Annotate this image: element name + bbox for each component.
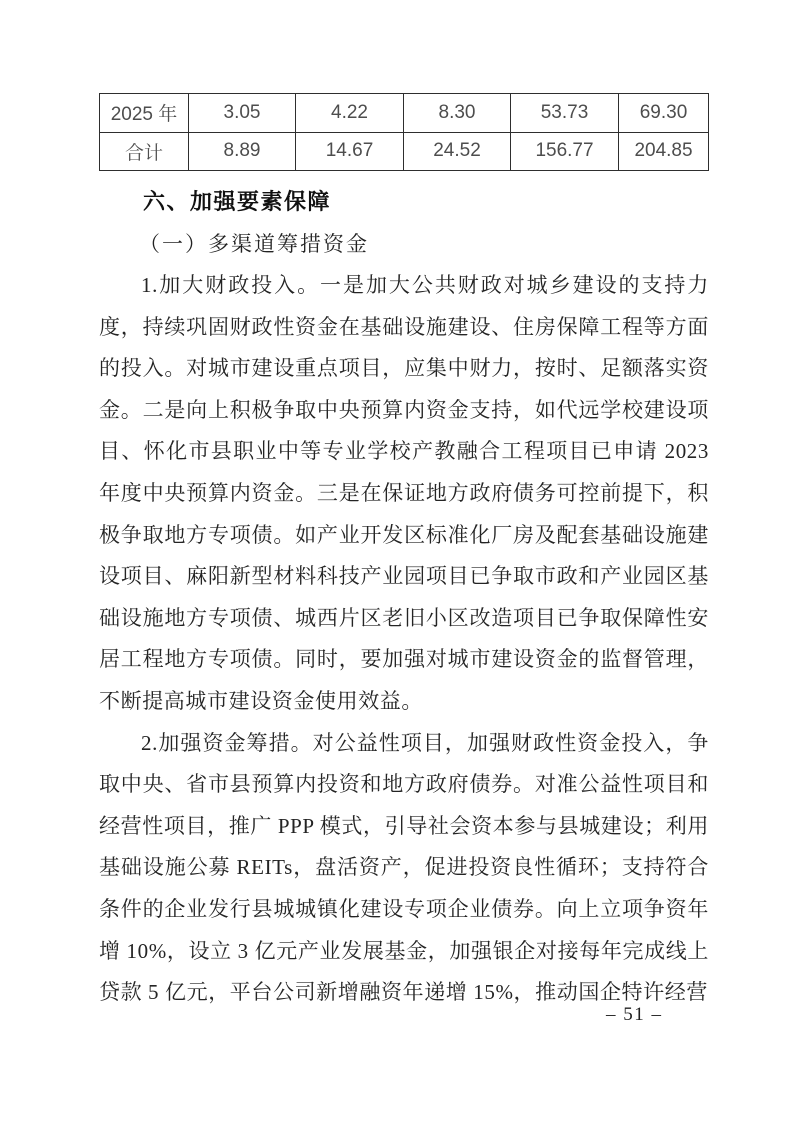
table-cell-value: 4.22 (296, 94, 404, 133)
page-number: – 51 – (606, 1004, 663, 1026)
table-cell-value: 14.67 (296, 132, 404, 171)
subsection-heading: （一）多渠道筹措资金 (99, 223, 709, 265)
table-cell-value: 8.89 (189, 132, 296, 171)
document-page: 2025 年 3.05 4.22 8.30 53.73 69.30 合计 8.8… (0, 0, 793, 1122)
table-cell-year: 2025 年 (100, 94, 189, 133)
funding-summary-table: 2025 年 3.05 4.22 8.30 53.73 69.30 合计 8.8… (99, 93, 709, 171)
table-cell-value: 3.05 (189, 94, 296, 133)
table-row-total: 合计 8.89 14.67 24.52 156.77 204.85 (100, 132, 709, 171)
paragraph-fund-raising: 2.加强资金筹措。对公益性项目，加强财政性资金投入，争取中央、省市县预算内投资和… (99, 723, 709, 1014)
paragraph-fiscal-investment: 1.加大财政投入。一是加大公共财政对城乡建设的支持力度，持续巩固财政性资金在基础… (99, 265, 709, 723)
table-cell-value: 24.52 (404, 132, 511, 171)
table-cell-total-label: 合计 (100, 132, 189, 171)
section-heading: 六、加强要素保障 (99, 181, 709, 223)
table-cell-value: 204.85 (619, 132, 709, 171)
table-cell-value: 8.30 (404, 94, 511, 133)
table-cell-value: 156.77 (511, 132, 619, 171)
table-cell-value: 53.73 (511, 94, 619, 133)
table-row-2025: 2025 年 3.05 4.22 8.30 53.73 69.30 (100, 94, 709, 133)
table-cell-value: 69.30 (619, 94, 709, 133)
document-body: 六、加强要素保障 （一）多渠道筹措资金 1.加大财政投入。一是加大公共财政对城乡… (99, 181, 709, 1014)
